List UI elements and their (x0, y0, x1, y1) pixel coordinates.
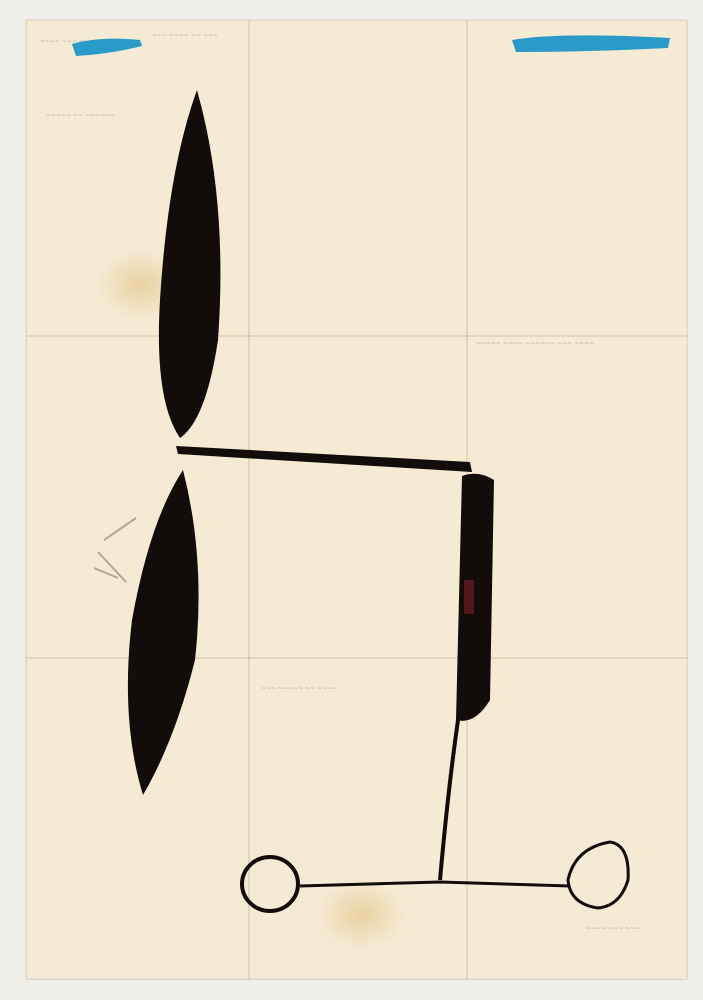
blue-stroke-left (72, 39, 142, 56)
vertical-bar (456, 474, 494, 721)
ink-drawing (0, 0, 703, 1000)
vertical-line (440, 720, 458, 880)
upper-leaf-shape (159, 90, 221, 438)
blue-stroke-right (512, 35, 670, 52)
lower-leaf-shape (128, 470, 199, 795)
right-wheel (568, 842, 628, 908)
left-wheel (242, 857, 298, 911)
pencil-marks (94, 518, 136, 582)
bottom-frame-line (300, 882, 570, 886)
red-accent (464, 580, 474, 614)
top-frame-bar (176, 446, 472, 472)
